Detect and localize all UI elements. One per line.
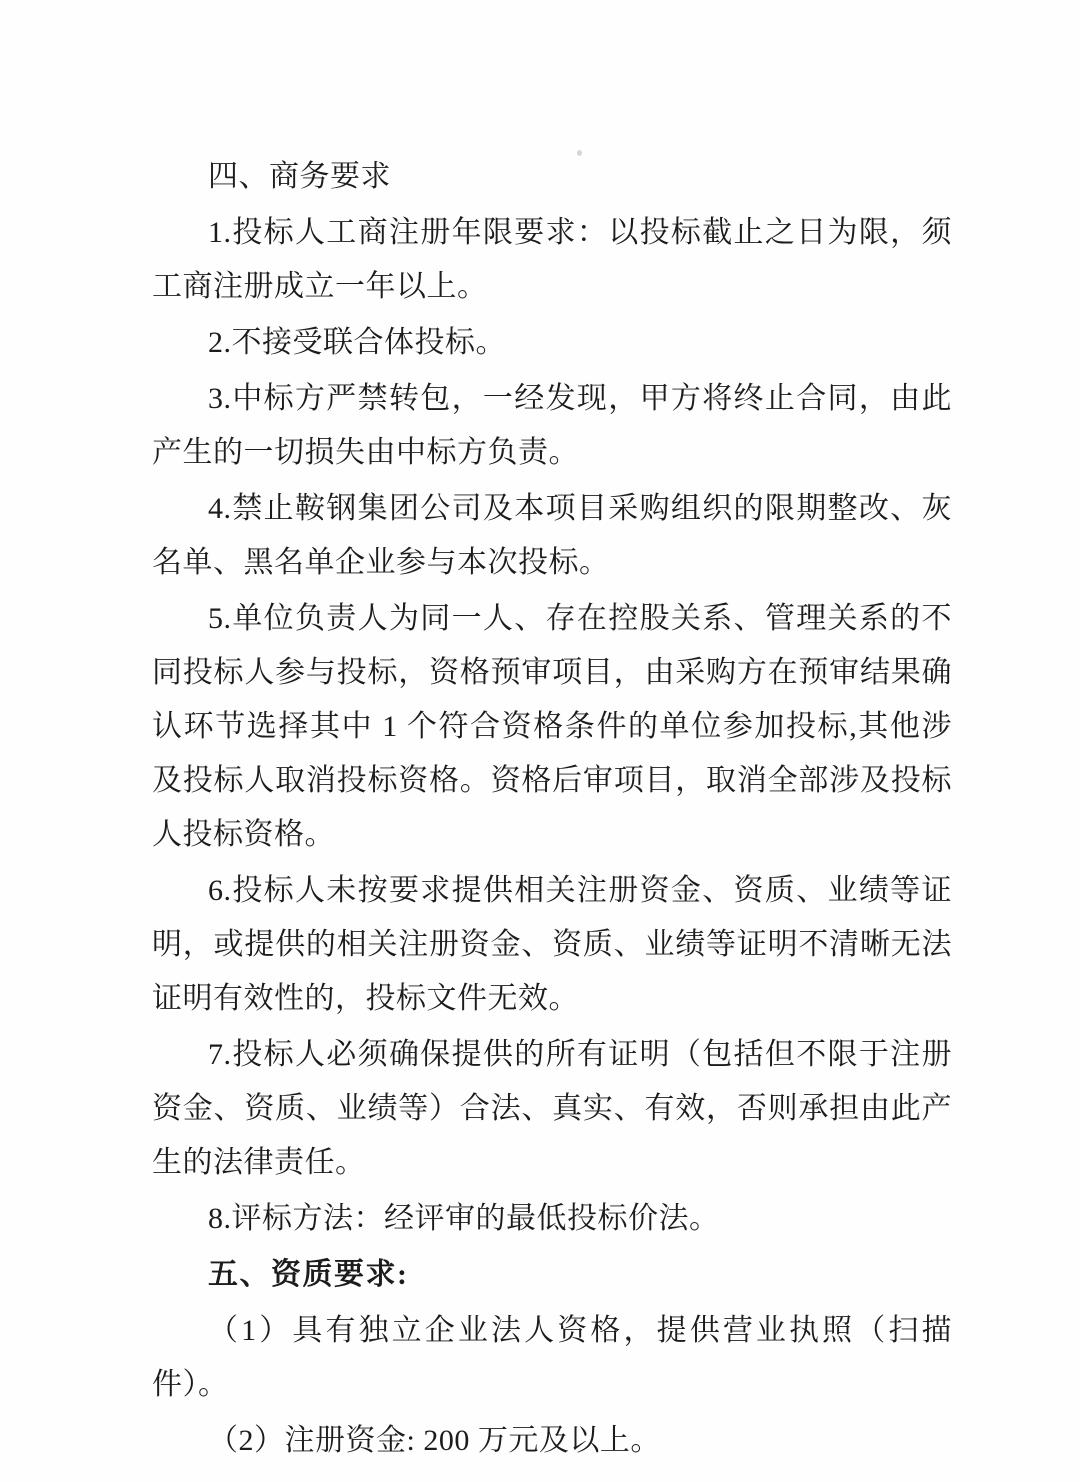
section-4-item-8: 8.评标方法：经评审的最低投标价法。 [152,1192,952,1246]
section-4-item-6: 6.投标人未按要求提供相关注册资金、资质、业绩等证明，或提供的相关注册资金、资质… [152,864,952,1026]
section-5-item-2: （2）注册资金: 200 万元及以上。 [152,1414,952,1468]
section-4-heading: 四、商务要求 [152,150,952,204]
section-5-item-1: （1）具有独立企业法人资格，提供营业执照（扫描件）。 [152,1304,952,1412]
section-4-item-2: 2.不接受联合体投标。 [152,316,952,370]
document-content: 四、商务要求 1.投标人工商注册年限要求：以投标截止之日为限，须工商注册成立一年… [152,150,952,1470]
section-5-heading: 五、资质要求: [152,1248,952,1302]
document-page: 四、商务要求 1.投标人工商注册年限要求：以投标截止之日为限，须工商注册成立一年… [0,0,1080,1482]
section-4-item-5: 5.单位负责人为同一人、存在控股关系、管理关系的不同投标人参与投标，资格预审项目… [152,592,952,862]
section-4-item-3: 3.中标方严禁转包，一经发现，甲方将终止合同，由此产生的一切损失由中标方负责。 [152,372,952,480]
section-4-item-1: 1.投标人工商注册年限要求：以投标截止之日为限，须工商注册成立一年以上。 [152,206,952,314]
section-4-item-7: 7.投标人必须确保提供的所有证明（包括但不限于注册资金、资质、业绩等）合法、真实… [152,1028,952,1190]
section-4-item-4: 4.禁止鞍钢集团公司及本项目采购组织的限期整改、灰名单、黑名单企业参与本次投标。 [152,482,952,590]
